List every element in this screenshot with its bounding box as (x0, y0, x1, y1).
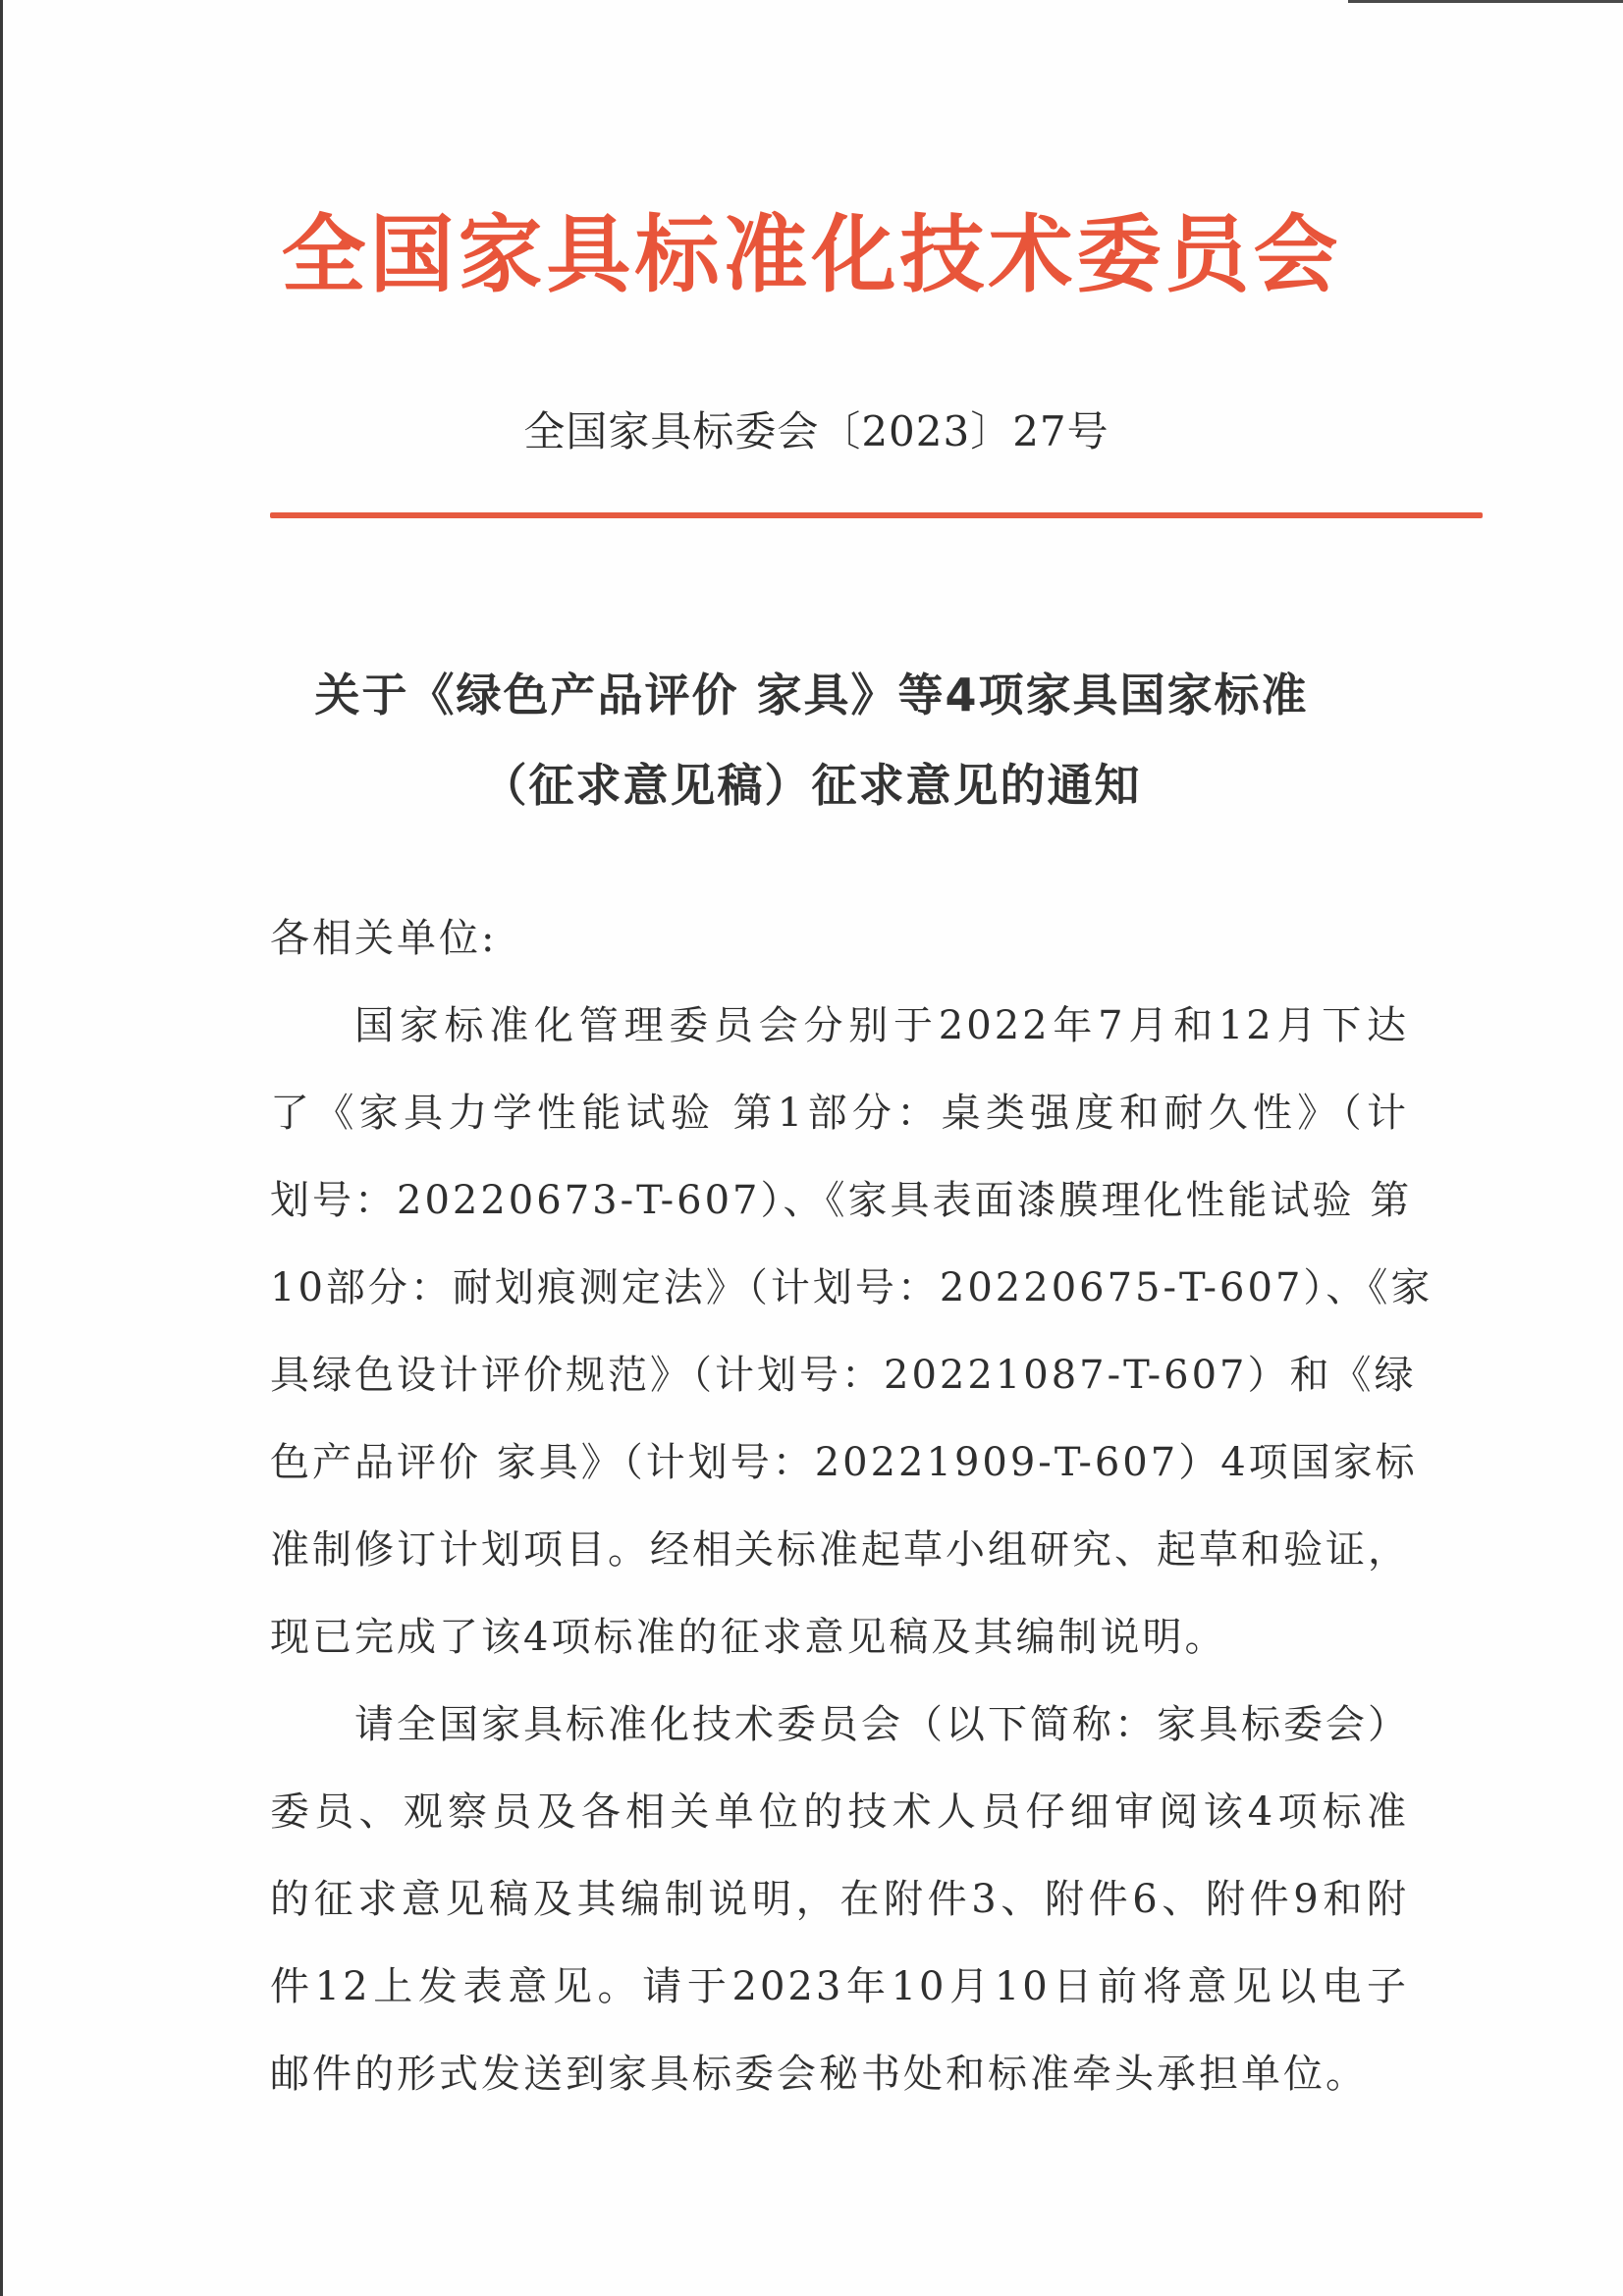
paragraph-line: 委员、观察员及各相关单位的技术人员仔细审阅该4项标准 (270, 1769, 1409, 1856)
scan-edge-top (1348, 0, 1623, 3)
notice-title: 关于《绿色产品评价 家具》等4项家具国家标准 （征求意见稿）征求意见的通知 (0, 650, 1623, 830)
paragraph-line: 件12上发表意见。请于2023年10月10日前将意见以电子 (270, 1944, 1409, 2031)
paragraph-line: 了《家具力学性能试验 第1部分：桌类强度和耐久性》（计 (270, 1070, 1409, 1157)
paragraph-line: 10部分：耐划痕测定法》（计划号：20220675-T-607）、《家 (270, 1245, 1409, 1332)
paragraph-line: 的征求意见稿及其编制说明，在附件3、附件6、附件9和附 (270, 1856, 1409, 1944)
paragraph-line: 划号：20220673-T-607）、《家具表面漆膜理化性能试验 第 (270, 1157, 1409, 1245)
notice-title-line-2: （征求意见稿）征求意见的通知 (0, 740, 1623, 830)
paragraph-line: 色产品评价 家具》（计划号：20221909-T-607）4项国家标 (270, 1419, 1409, 1507)
paragraph-line: 邮件的形式发送到家具标委会秘书处和标准牵头承担单位。 (270, 2031, 1409, 2118)
salutation: 各相关单位: (270, 895, 1409, 983)
scan-edge-left (0, 0, 3, 2296)
paragraph-2: 请全国家具标准化技术委员会（以下简称：家具标委会） 委员、观察员及各相关单位的技… (270, 1682, 1409, 2118)
paragraph-line: 现已完成了该4项标准的征求意见稿及其编制说明。 (270, 1594, 1409, 1682)
document-number: 全国家具标委会〔2023〕27号 (0, 402, 1623, 461)
document-page: 全国家具标准化技术委员会 全国家具标委会〔2023〕27号 关于《绿色产品评价 … (0, 0, 1623, 2296)
paragraph-line: 国家标准化管理委员会分别于2022年7月和12月下达 (270, 983, 1409, 1070)
paragraph-line: 请全国家具标准化技术委员会（以下简称：家具标委会） (270, 1682, 1409, 1769)
paragraph-line: 准制修订计划项目。经相关标准起草小组研究、起草和验证， (270, 1507, 1409, 1594)
notice-title-line-1: 关于《绿色产品评价 家具》等4项家具国家标准 (0, 650, 1623, 740)
red-divider-rule (270, 512, 1483, 518)
paragraph-line: 具绿色设计评价规范》（计划号：20221087-T-607）和《绿 (270, 1332, 1409, 1419)
notice-body: 各相关单位: 国家标准化管理委员会分别于2022年7月和12月下达 了《家具力学… (270, 895, 1409, 2118)
paragraph-1: 国家标准化管理委员会分别于2022年7月和12月下达 了《家具力学性能试验 第1… (270, 983, 1409, 1682)
organization-header: 全国家具标准化技术委员会 (0, 201, 1623, 309)
